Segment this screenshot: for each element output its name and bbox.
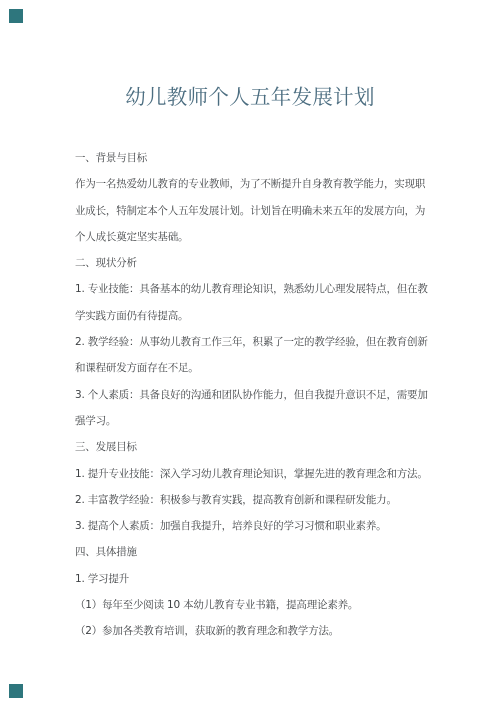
- paragraph-line: 学实践方面仍有待提高。: [75, 303, 445, 329]
- paragraph-line: 2. 丰富教学经验：积极参与教育实践，提高教育创新和课程研发能力。: [75, 487, 445, 513]
- document-page: 幼儿教师个人五年发展计划 一、背景与目标作为一名热爱幼儿教育的专业教师，为了不断…: [0, 0, 500, 707]
- section-heading: 二、现状分析: [75, 250, 445, 276]
- paragraph-line: 1. 专业技能：具备基本的幼儿教育理论知识，熟悉幼儿心理发展特点，但在教: [75, 276, 445, 302]
- paragraph-line: 强学习。: [75, 408, 445, 434]
- paragraph-line: 和课程研发方面存在不足。: [75, 355, 445, 381]
- document-body: 一、背景与目标作为一名热爱幼儿教育的专业教师，为了不断提升自身教育教学能力，实现…: [75, 145, 445, 645]
- paragraph-line: 1. 学习提升: [75, 566, 445, 592]
- section-heading: 三、发展目标: [75, 434, 445, 460]
- document-title: 幼儿教师个人五年发展计划: [0, 84, 500, 111]
- section-heading: 四、具体措施: [75, 539, 445, 565]
- section-heading: 一、背景与目标: [75, 145, 445, 171]
- paragraph-line: 业成长，特制定本个人五年发展计划。计划旨在明确未来五年的发展方向，为: [75, 198, 445, 224]
- paragraph-line: 3. 个人素质：具备良好的沟通和团队协作能力，但自我提升意识不足，需要加: [75, 382, 445, 408]
- paragraph-line: 个人成长奠定坚实基础。: [75, 224, 445, 250]
- paragraph-line: （2）参加各类教育培训，获取新的教育理念和教学方法。: [75, 618, 445, 644]
- paragraph-line: （1）每年至少阅读 10 本幼儿教育专业书籍，提高理论素养。: [75, 592, 445, 618]
- paragraph-line: 2. 教学经验：从事幼儿教育工作三年，积累了一定的教学经验，但在教育创新: [75, 329, 445, 355]
- page-corner-mark-icon: [9, 684, 23, 698]
- page-corner-mark-icon: [9, 9, 23, 23]
- paragraph-line: 1. 提升专业技能：深入学习幼儿教育理论知识，掌握先进的教育理念和方法。: [75, 461, 445, 487]
- paragraph-line: 3. 提高个人素质：加强自我提升，培养良好的学习习惯和职业素养。: [75, 513, 445, 539]
- paragraph-line: 作为一名热爱幼儿教育的专业教师，为了不断提升自身教育教学能力，实现职: [75, 171, 445, 197]
